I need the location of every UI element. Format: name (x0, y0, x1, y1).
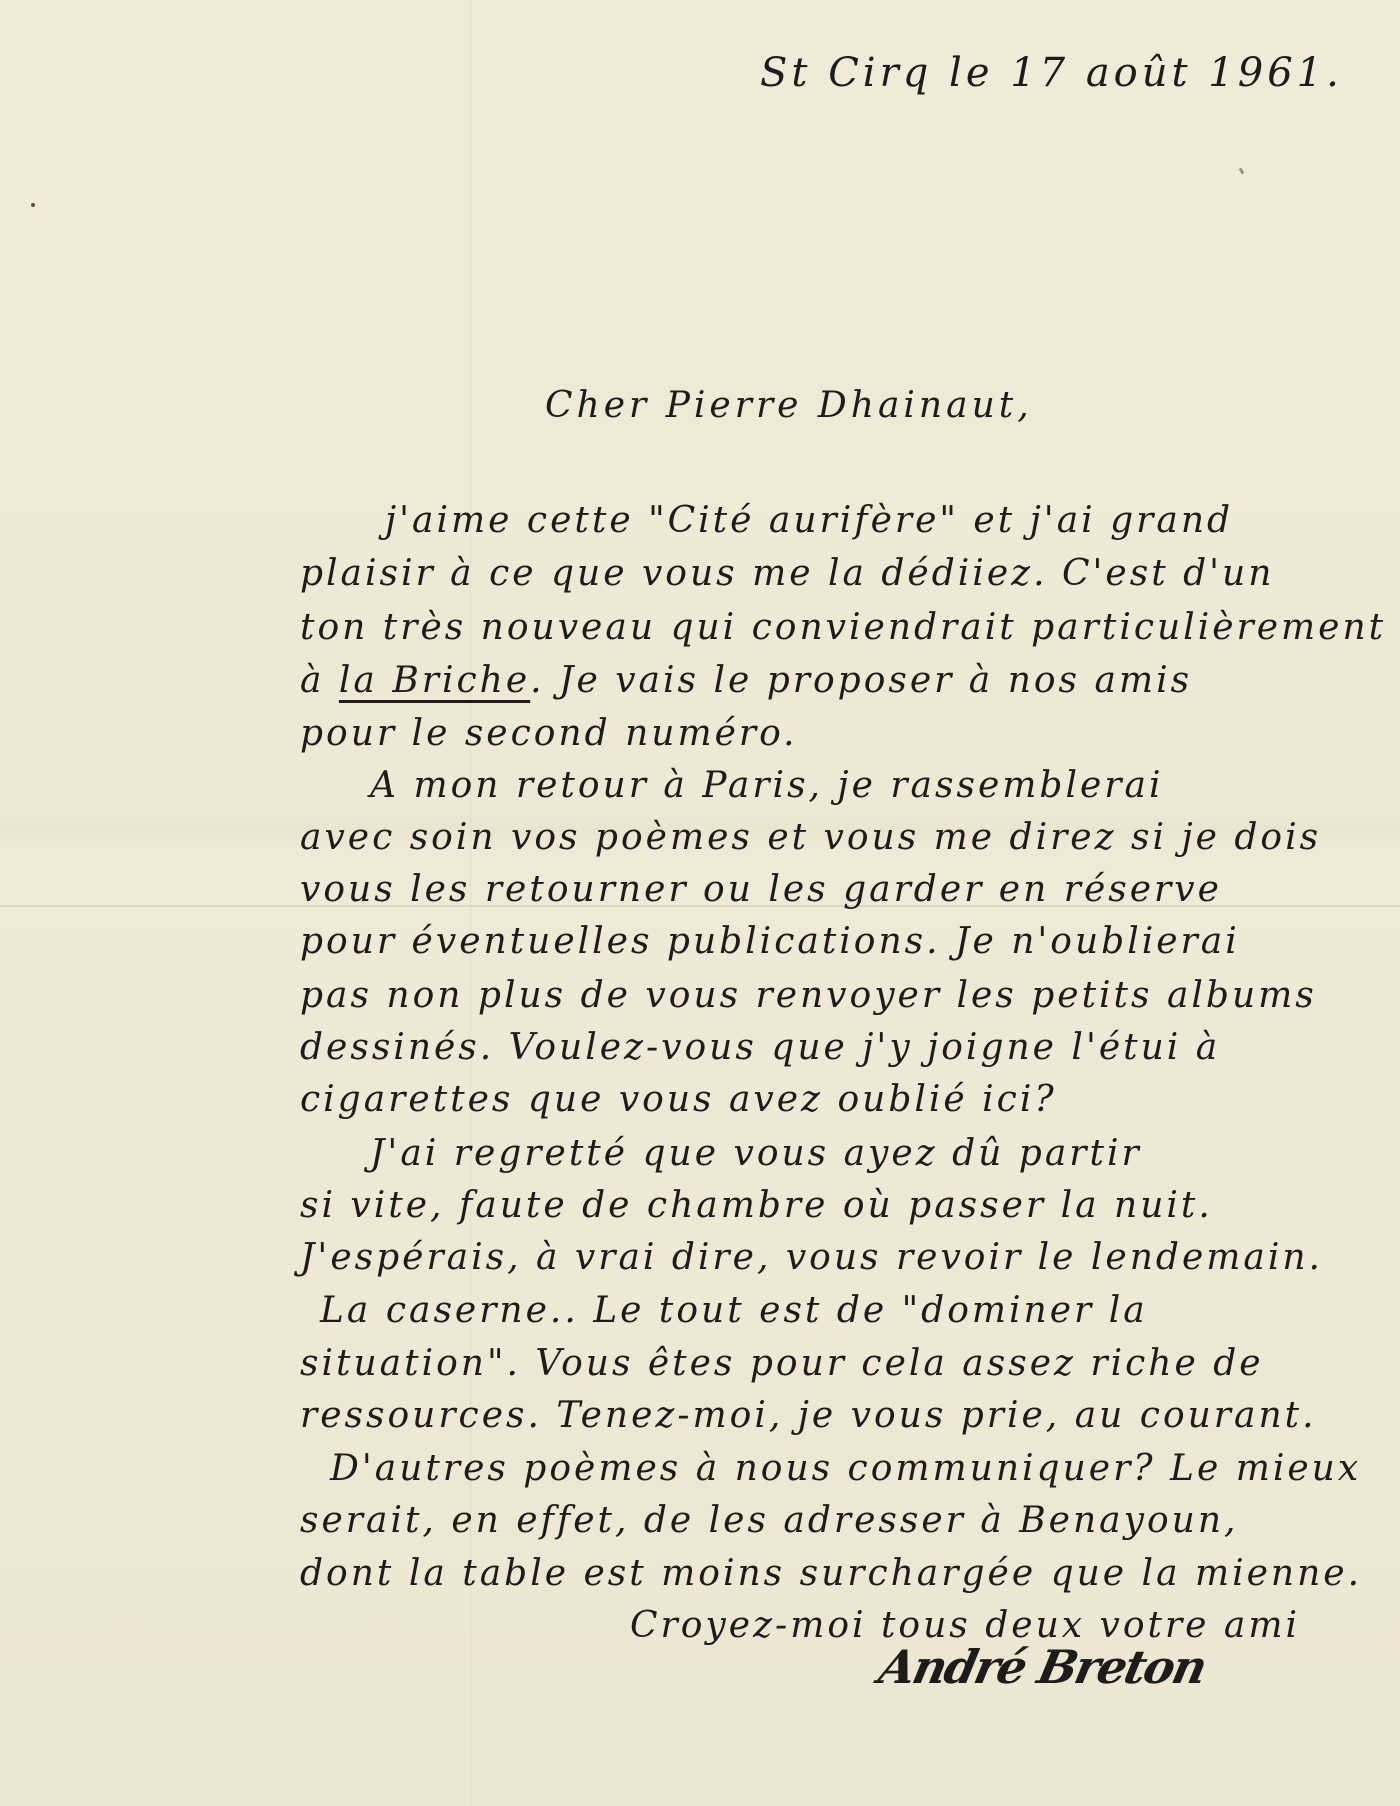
paper-mark (1239, 168, 1245, 175)
body-line-10: pas non plus de vous renvoyer les petits… (300, 975, 1317, 1016)
body-line-5: pour le second numéro. (300, 713, 798, 754)
body-line-17: situation". Vous êtes pour cela assez ri… (300, 1343, 1264, 1384)
body-line-21: dont la table est moins surchargée que l… (300, 1553, 1362, 1594)
la-briche-underlined: la Briche (339, 660, 530, 701)
body-line-1: j'aime cette "Cité aurifère" et j'ai gra… (385, 500, 1233, 541)
body-line-15: J'espérais, à vrai dire, vous revoir le … (300, 1237, 1323, 1278)
paper-speck (31, 203, 35, 207)
body-line-7: avec soin vos poèmes et vous me direz si… (300, 817, 1321, 858)
body-line-18: ressources. Tenez-moi, je vous prie, au … (300, 1395, 1317, 1436)
line4-prefix: à (300, 660, 339, 701)
signature: André Breton (874, 1640, 1210, 1694)
body-line-11: dessinés. Voulez-vous que j'y joigne l'é… (300, 1027, 1220, 1068)
body-line-13: J'ai regretté que vous ayez dû partir (370, 1133, 1142, 1174)
body-line-6: A mon retour à Paris, je rassemblerai (370, 765, 1163, 806)
body-line-20: serait, en effet, de les adresser à Bena… (300, 1500, 1238, 1541)
body-line-19: D'autres poèmes à nous communiquer? Le m… (330, 1448, 1361, 1489)
body-line-4: à la Briche. Je vais le proposer à nos a… (300, 660, 1192, 701)
body-line-3: ton très nouveau qui conviendrait partic… (300, 607, 1386, 648)
body-line-2: plaisir à ce que vous me la dédiiez. C'e… (300, 553, 1274, 594)
body-line-16: La caserne.. Le tout est de "dominer la (320, 1290, 1148, 1331)
date-line: St Cirq le 17 août 1961. (760, 50, 1343, 96)
body-line-14: si vite, faute de chambre où passer la n… (300, 1185, 1213, 1226)
body-line-9: pour éventuelles publications. Je n'oubl… (300, 921, 1240, 962)
body-line-8: vous les retourner ou les garder en rése… (300, 869, 1222, 910)
salutation: Cher Pierre Dhainaut, (545, 385, 1033, 426)
body-line-12: cigarettes que vous avez oublié ici? (300, 1079, 1057, 1120)
line4-suffix: . Je vais le proposer à nos amis (530, 660, 1192, 701)
letter-page: St Cirq le 17 août 1961. Cher Pierre Dha… (0, 0, 1400, 1806)
